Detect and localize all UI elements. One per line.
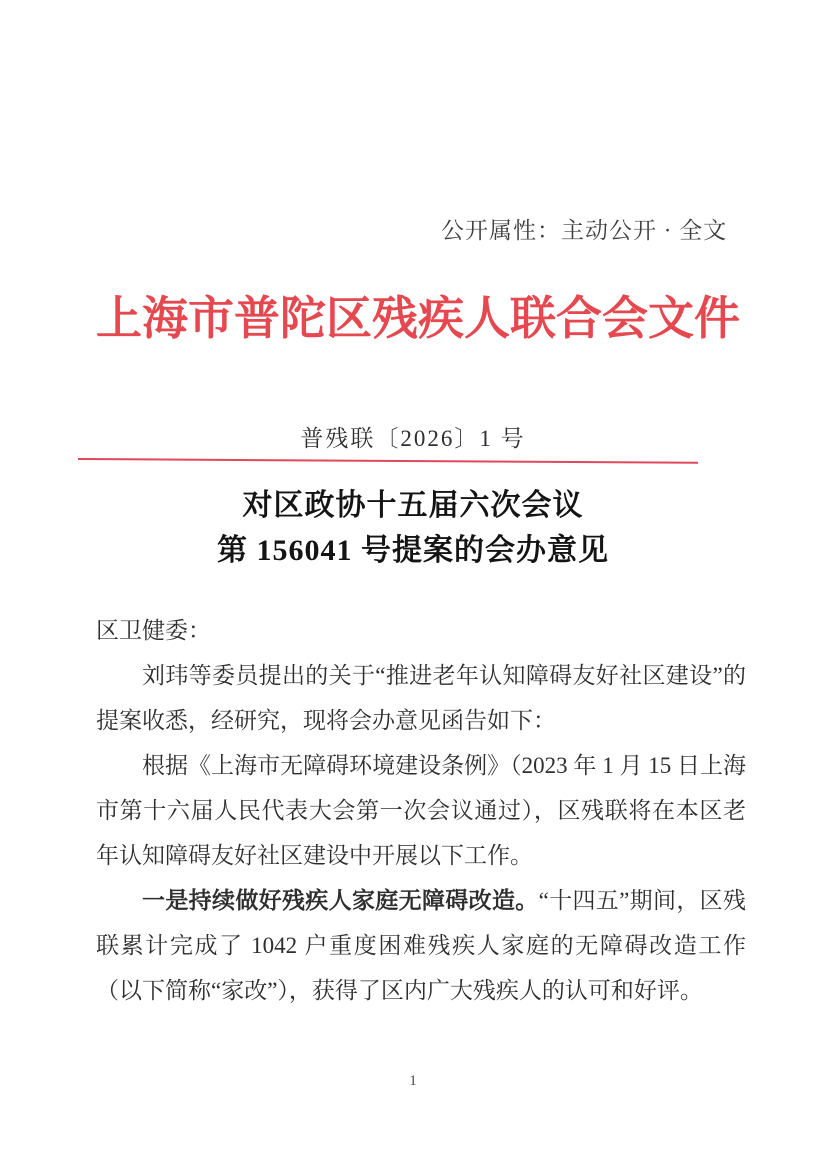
paragraph-1: 刘玮等委员提出的关于“推进老年认知障碍友好社区建设”的提案收悉，经研究，现将会办… [96, 653, 746, 743]
paragraph-2: 根据《上海市无障碍环境建设条例》（2023 年 1 月 15 日上海市第十六届人… [96, 743, 746, 878]
publicity-label: 公开属性：主动公开 · 全文 [441, 212, 727, 245]
paragraph-2-text: 根据《上海市无障碍环境建设条例》（2023 年 1 月 15 日上海市第十六届人… [96, 753, 746, 868]
doc-number: 普残联〔2026〕1 号 [0, 420, 826, 453]
recipient-line: 区卫健委： [96, 608, 746, 653]
paragraph-3: 一是持续做好残疾人家庭无障碍改造。“十四五”期间，区残联累计完成了 1042 户… [96, 878, 746, 1013]
org-letterhead-title: 上海市普陀区残疾人联合会文件 [96, 289, 748, 349]
paragraph-3-lead: 一是持续做好残疾人家庭无障碍改造。 [142, 887, 539, 913]
doc-title-line-1: 对区政协十五届六次会议 [0, 483, 826, 528]
doc-title: 对区政协十五届六次会议 第 156041 号提案的会办意见 [0, 483, 826, 573]
doc-title-line-2: 第 156041 号提案的会办意见 [0, 528, 826, 573]
document-body: 区卫健委： 刘玮等委员提出的关于“推进老年认知障碍友好社区建设”的提案收悉，经研… [96, 608, 746, 1013]
red-divider-rule [78, 458, 698, 464]
page-number: 1 [0, 1073, 826, 1090]
document-page: 公开属性：主动公开 · 全文 上海市普陀区残疾人联合会文件 普残联〔2026〕1… [0, 0, 826, 1169]
paragraph-1-text: 刘玮等委员提出的关于“推进老年认知障碍友好社区建设”的提案收悉，经研究，现将会办… [96, 663, 746, 733]
